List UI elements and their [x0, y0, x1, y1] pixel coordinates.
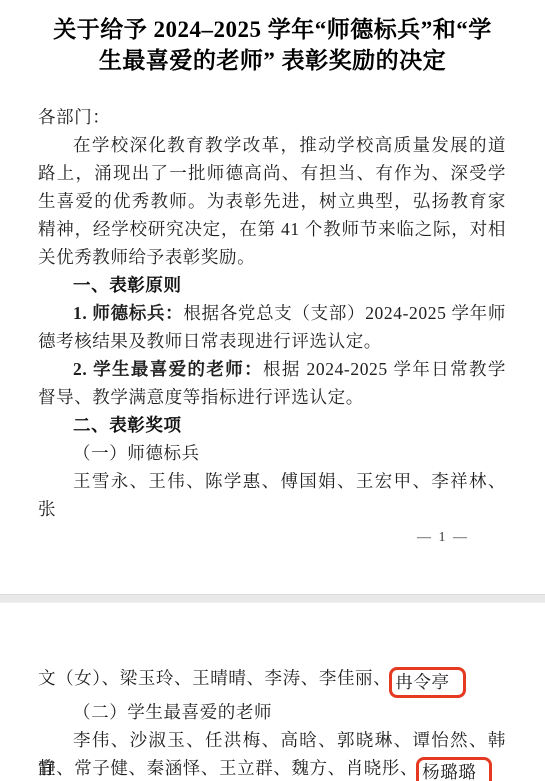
intro-paragraph: 在学校深化教育教学改革，推动学校高质量发展的道路上，涌现出了一批师德高尚、有担当…: [38, 131, 506, 271]
award1-names-line1: 王雪永、王伟、陈学惠、傅国娟、王宏甲、李祥林、张: [38, 467, 506, 523]
sub-award-1: （一）师德标兵: [38, 439, 506, 467]
award1-names-line2: 文（女）、梁玉玲、王晴晴、李涛、李佳丽、冉令亭: [38, 664, 518, 698]
page-gap-divider: [0, 594, 545, 603]
highlighted-name-2: 杨璐璐: [422, 762, 476, 781]
award2-names-line2: 宜、常子健、秦涵怿、王立群、魏方、肖晓彤、杨璐璐: [38, 754, 518, 781]
page-number: — 1 —: [417, 530, 469, 546]
heading-principles: 一、表彰原则: [38, 271, 506, 299]
red-annotation-box-2: 杨璐璐: [416, 757, 492, 781]
highlighted-name-1: 冉令亭: [395, 672, 449, 692]
principle-item-1: 1. 师德标兵：根据各党总支（支部）2024-2025 学年师德考核结果及教师日…: [38, 299, 506, 355]
salutation: 各部门：: [38, 103, 506, 131]
heading-awards: 二、表彰奖项: [38, 411, 506, 439]
award1-names-line2-text: 文（女）、梁玉玲、王晴晴、李涛、李佳丽、: [38, 668, 391, 688]
document-title-line1: 关于给予 2024–2025 学年“师德标兵”和“学: [18, 14, 527, 45]
document-title-line2: 生最喜爱的老师” 表彰奖励的决定: [18, 45, 527, 76]
red-annotation-box-1: 冉令亭: [389, 667, 465, 698]
sub-award-2: （二）学生最喜爱的老师: [38, 698, 506, 726]
principle-item-1-label: 1. 师德标兵：: [73, 303, 183, 323]
award2-names-line2-text: 宜、常子健、秦涵怿、王立群、魏方、肖晓彤、: [38, 758, 418, 778]
document-title: 关于给予 2024–2025 学年“师德标兵”和“学 生最喜爱的老师” 表彰奖励…: [18, 14, 527, 76]
principle-item-2: 2. 学生最喜爱的老师：根据 2024-2025 学年日常教学督导、教学满意度等…: [38, 355, 506, 411]
document-viewer: 关于给予 2024–2025 学年“师德标兵”和“学 生最喜爱的老师” 表彰奖励…: [0, 0, 545, 781]
principle-item-2-label: 2. 学生最喜爱的老师：: [73, 359, 263, 379]
